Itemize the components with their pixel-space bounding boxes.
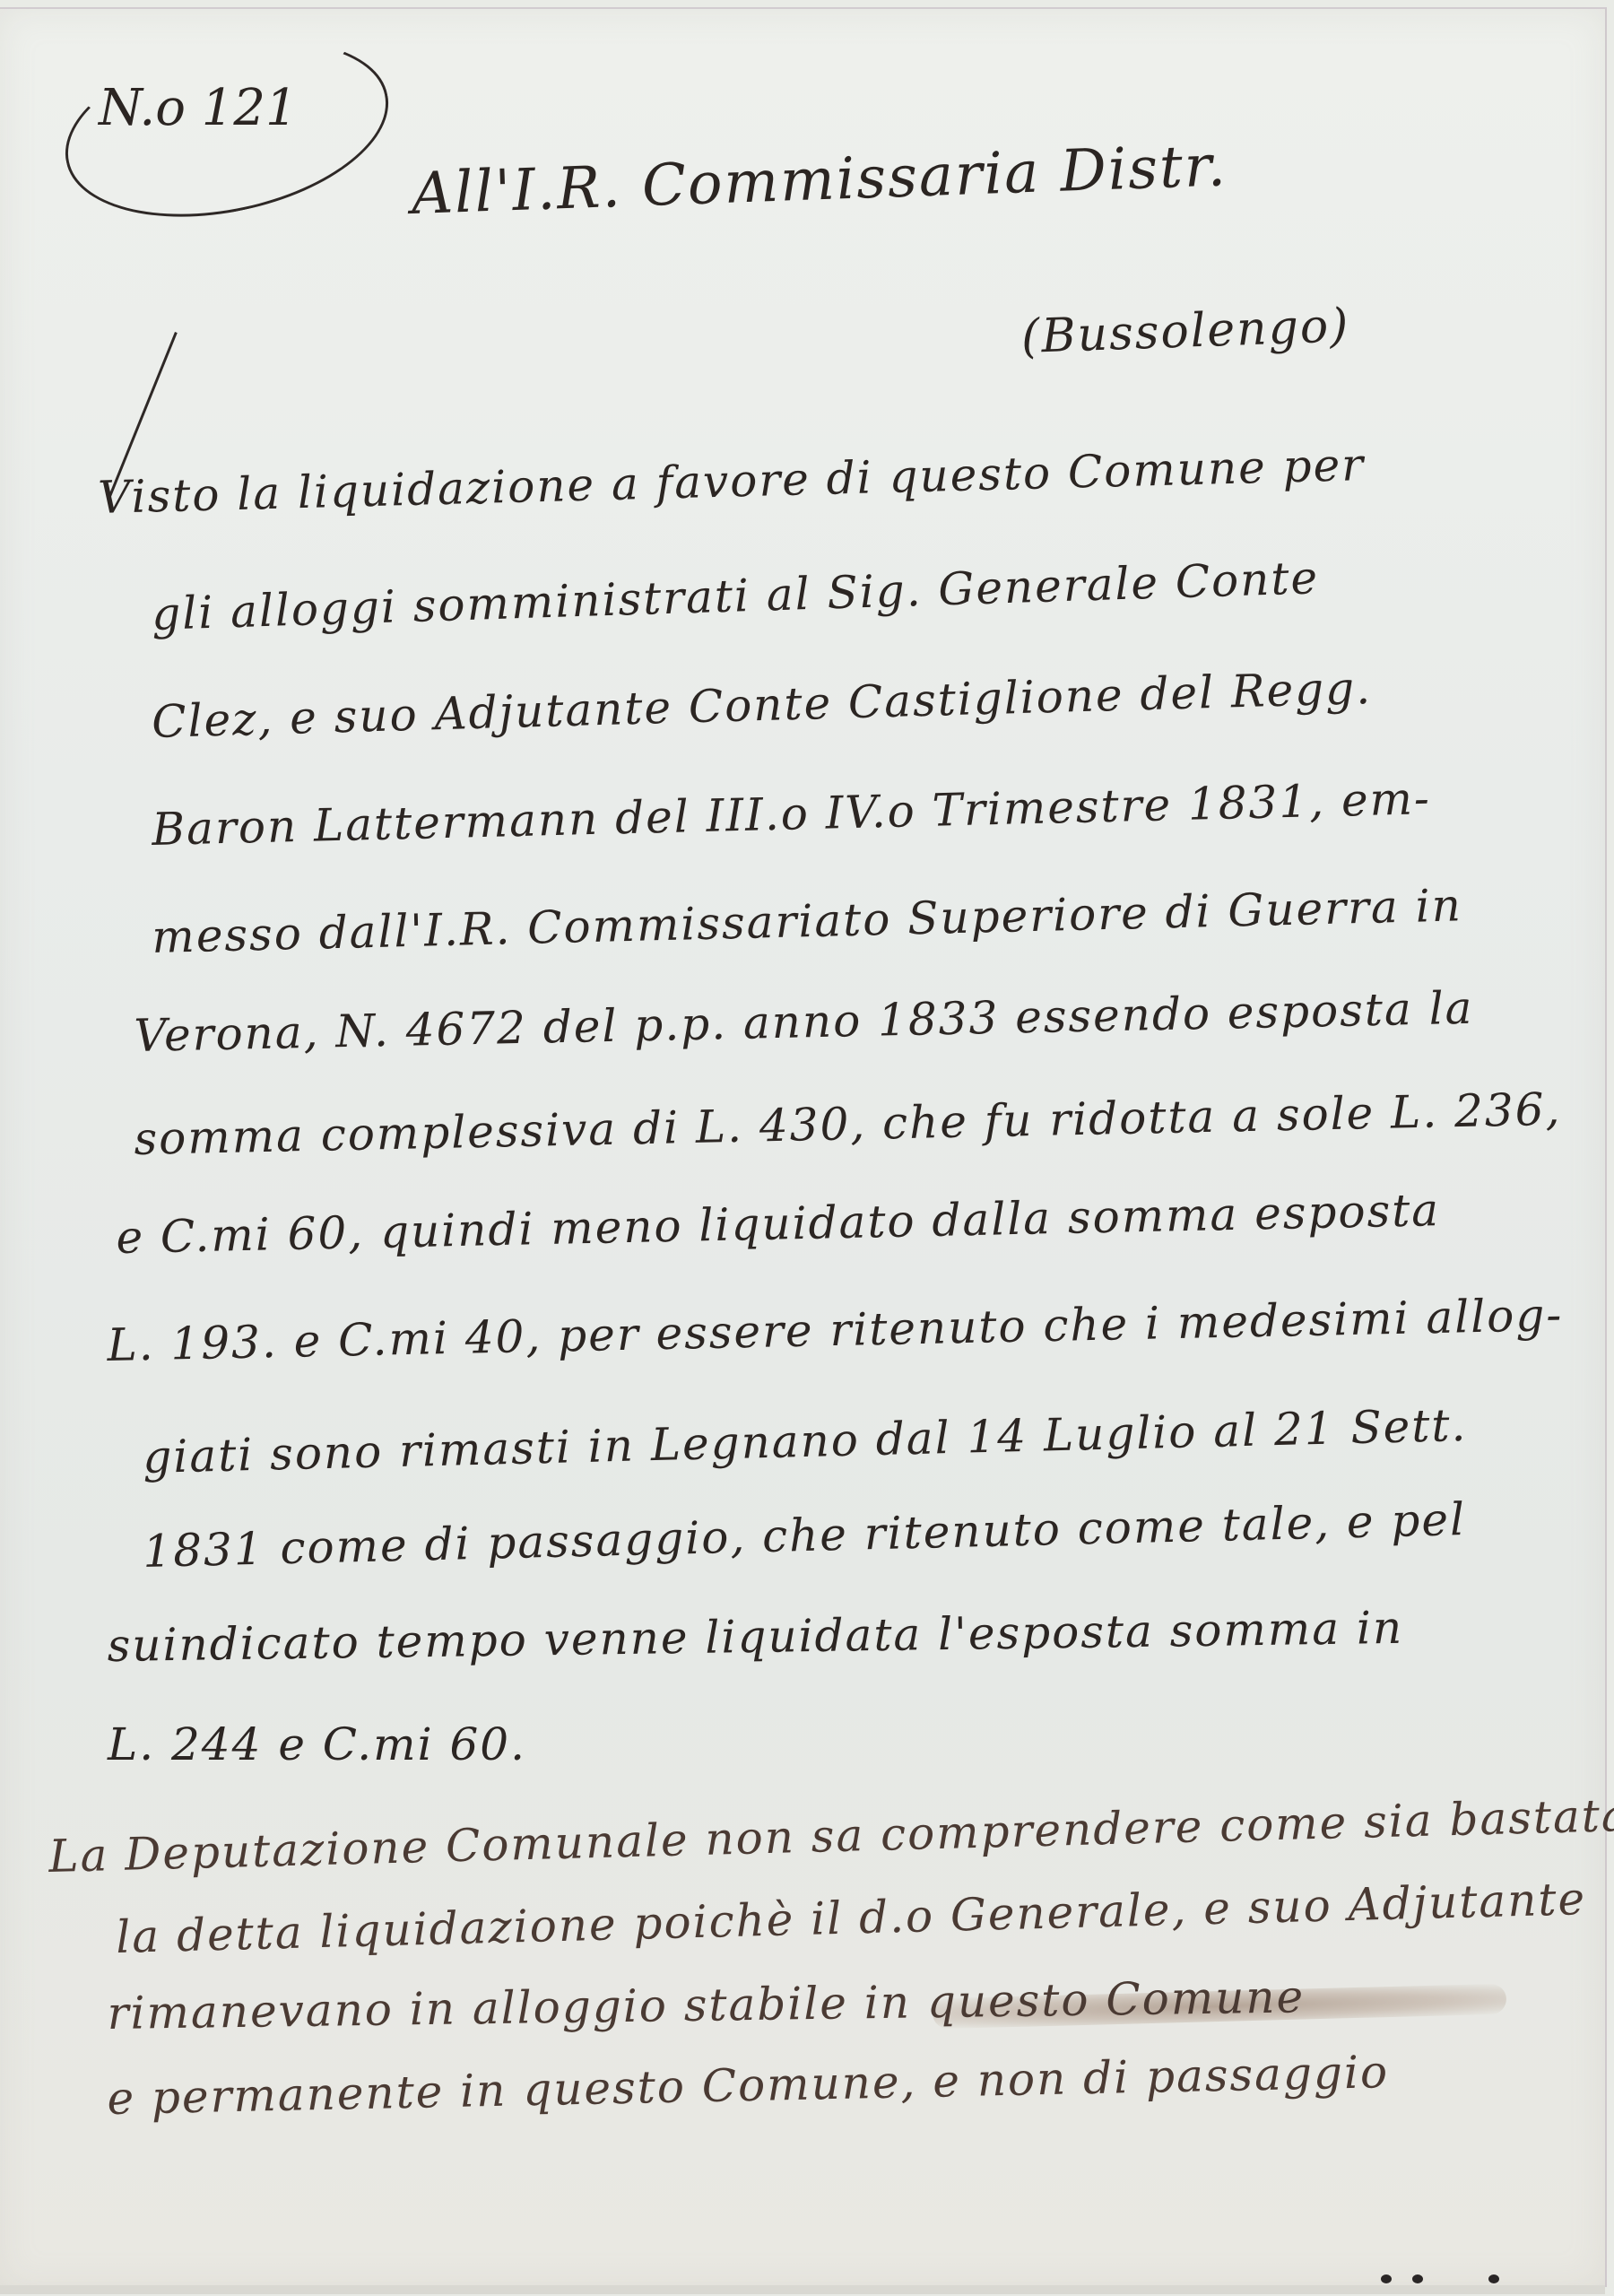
text-line: e C.mi 60, quindi meno liquidato dalla s… (116, 1187, 1441, 1260)
paper-damage (1381, 2274, 1392, 2283)
addressee-line: All'I.R. Commissaria Distr. (411, 137, 1228, 223)
reference-number: N.o 121 (99, 79, 298, 137)
text-line: La Deputazione Comunale non sa comprende… (48, 1793, 1614, 1879)
text-line: suindicato tempo venne liquidata l'espos… (107, 1605, 1403, 1668)
text-line: 1831 come di passaggio, che ritenuto com… (143, 1497, 1467, 1574)
text-line: e permanente in questo Comune, e non di … (107, 2049, 1390, 2121)
text-line: L. 244 e C.mi 60. (108, 1722, 526, 1767)
text-line: la detta liquidazione poichè il d.o Gene… (116, 1876, 1587, 1960)
text-line: L. 193. e C.mi 40, per essere ritenuto c… (107, 1292, 1564, 1368)
paper-damage (1412, 2274, 1423, 2283)
text-line: gli alloggi somministrati al Sig. Genera… (151, 555, 1319, 637)
text-line: Visto la liquidazione a favore di questo… (98, 442, 1366, 520)
text-line: rimanevano in alloggio stabile in questo… (107, 1974, 1305, 2036)
addressee-subline: (Bussolengo) (1020, 302, 1350, 361)
text-line: Baron Lattermann del III.o IV.o Trimestr… (152, 776, 1432, 852)
text-line: somma complessiva di L. 430, che fu rido… (134, 1087, 1562, 1161)
text-line: messo dall'I.R. Commissariato Superiore … (152, 883, 1463, 960)
text-line: Clez, e suo Adjutante Conte Castiglione … (152, 665, 1373, 744)
paper-damage (1488, 2274, 1499, 2283)
manuscript-page: N.o 121 All'I.R. Commissaria Distr. (Bus… (0, 7, 1607, 2287)
text-line: giati sono rimasti in Legnano dal 14 Lug… (143, 1403, 1468, 1480)
text-line: Verona, N. 4672 del p.p. anno 1833 essen… (134, 986, 1474, 1058)
